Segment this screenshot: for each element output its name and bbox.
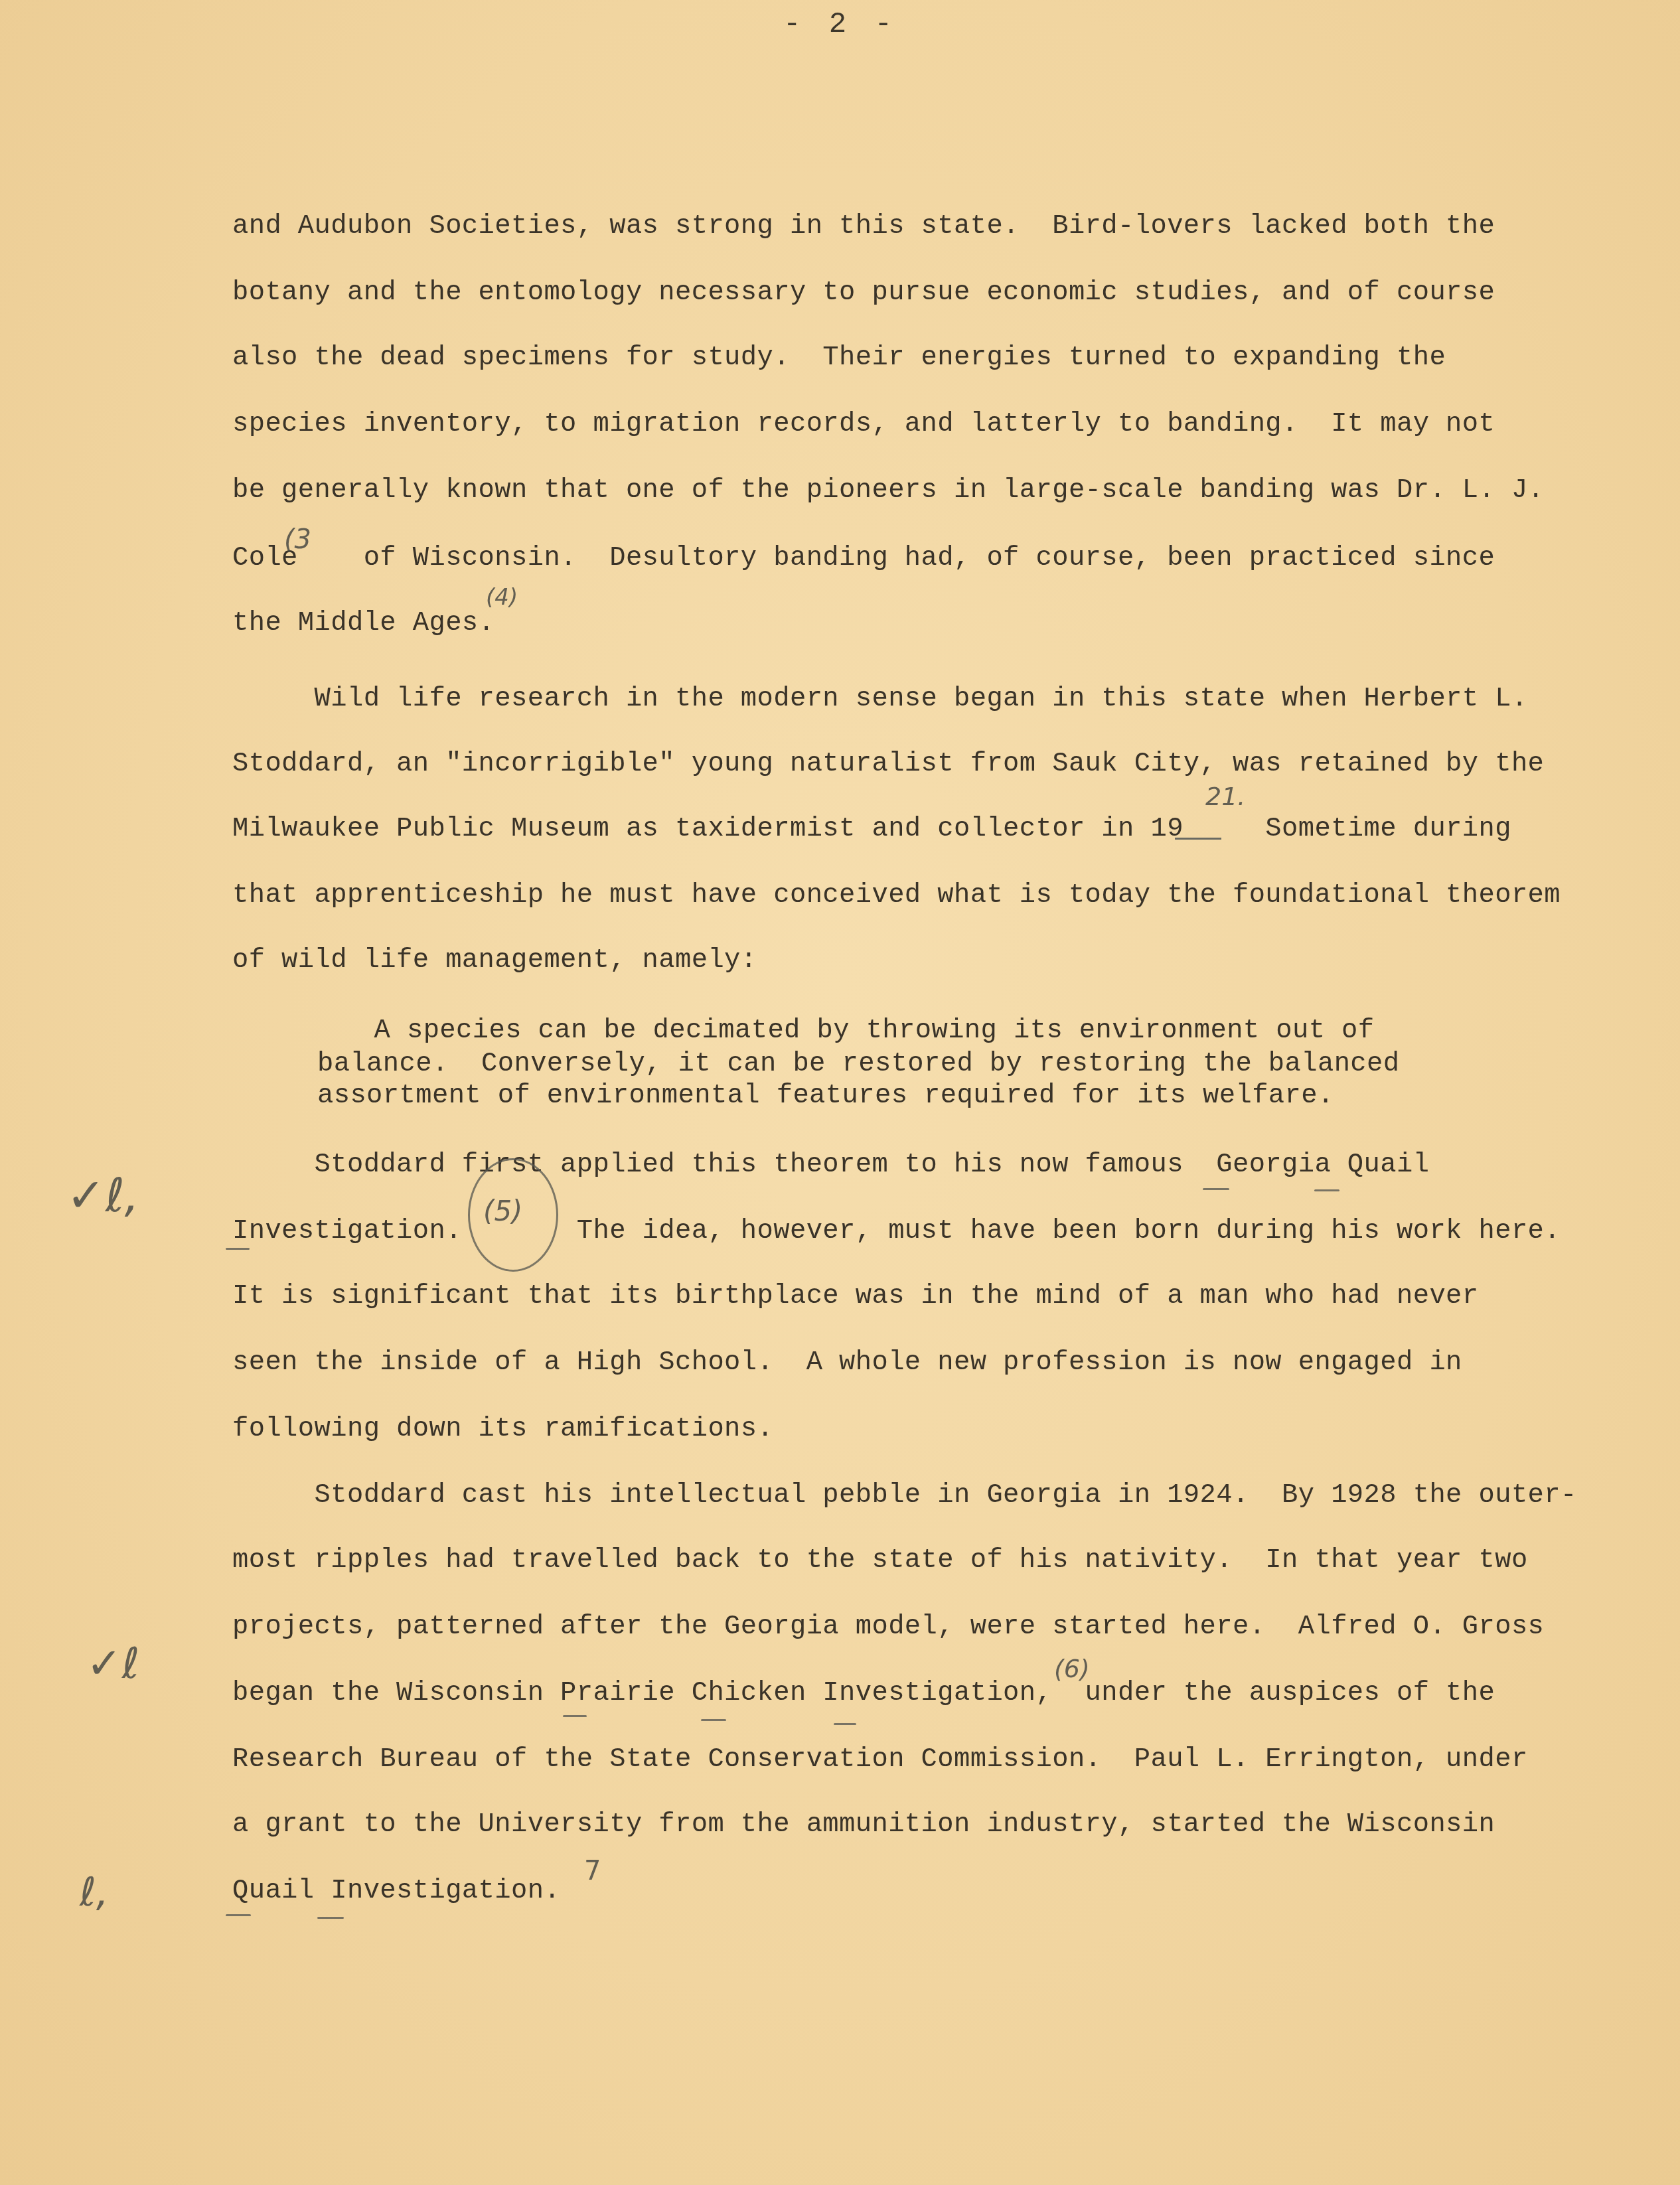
body-line: the Middle Ages. <box>232 608 495 639</box>
body-line: be generally known that one of the pione… <box>232 475 1544 506</box>
body-line: and Audubon Societies, was strong in thi… <box>232 211 1495 242</box>
footnote-6-mark: (6) <box>1054 1654 1090 1683</box>
body-line: Stoddard cast his intellectual pebble in… <box>232 1480 1577 1511</box>
body-line: botany and the entomology necessary to p… <box>232 277 1495 308</box>
underline-mark <box>834 1723 856 1725</box>
page-number: - 2 - <box>783 8 897 41</box>
underline-mark <box>226 1248 250 1250</box>
quote-line: balance. Conversely, it can be restored … <box>317 1049 1399 1079</box>
body-line: Milwaukee Public Museum as taxidermist a… <box>232 814 1511 844</box>
body-line: that apprenticeship he must have conceiv… <box>232 880 1561 911</box>
footnote-5-mark: (5) <box>483 1195 523 1227</box>
body-line: Investigation. The idea, however, must h… <box>232 1216 1561 1246</box>
footnote-3-mark: (3 <box>284 524 311 555</box>
body-line: Quail Investigation. <box>232 1876 560 1906</box>
body-line: seen the inside of a High School. A whol… <box>232 1347 1462 1378</box>
body-line: species inventory, to migration records,… <box>232 409 1495 439</box>
body-line: It is significant that its birthplace wa… <box>232 1281 1479 1312</box>
underline-mark <box>1203 1188 1229 1190</box>
underline-mark <box>226 1914 251 1916</box>
body-line: projects, patterned after the Georgia mo… <box>232 1612 1544 1642</box>
body-line: Stoddard first applied this theorem to h… <box>232 1150 1429 1180</box>
body-line: began the Wisconsin Prairie Chicken Inve… <box>232 1678 1495 1708</box>
margin-check-mark: ℓ, <box>80 1869 109 1916</box>
margin-check-mark: ✓ℓ <box>86 1639 139 1689</box>
body-line: also the dead specimens for study. Their… <box>232 342 1446 373</box>
footnote-4-mark: (4) <box>486 584 518 611</box>
year-correction-mark: 21. <box>1205 782 1245 811</box>
quote-line: A species can be decimated by throwing i… <box>292 1016 1374 1046</box>
underline-mark <box>317 1917 344 1919</box>
underline-mark <box>701 1719 726 1721</box>
body-line: Stoddard, an "incorrigible" young natura… <box>232 749 1544 779</box>
body-line: Research Bureau of the State Conservatio… <box>232 1744 1528 1775</box>
quote-line: assortment of environmental features req… <box>317 1081 1334 1111</box>
body-line: of wild life management, namely: <box>232 945 757 976</box>
underline-mark <box>1314 1189 1339 1191</box>
body-line: following down its ramifications. <box>232 1414 773 1444</box>
body-line: most ripples had travelled back to the s… <box>232 1545 1528 1576</box>
footnote-7-mark: 7 <box>584 1856 601 1886</box>
body-line: Wild life research in the modern sense b… <box>232 684 1528 714</box>
body-line: a grant to the University from the ammun… <box>232 1809 1495 1840</box>
underline-mark <box>563 1715 587 1717</box>
body-line: Cole of Wisconsin. Desultory banding had… <box>232 543 1495 573</box>
year-strikeout <box>1175 838 1221 840</box>
margin-check-mark: ✓ℓ, <box>66 1168 139 1223</box>
